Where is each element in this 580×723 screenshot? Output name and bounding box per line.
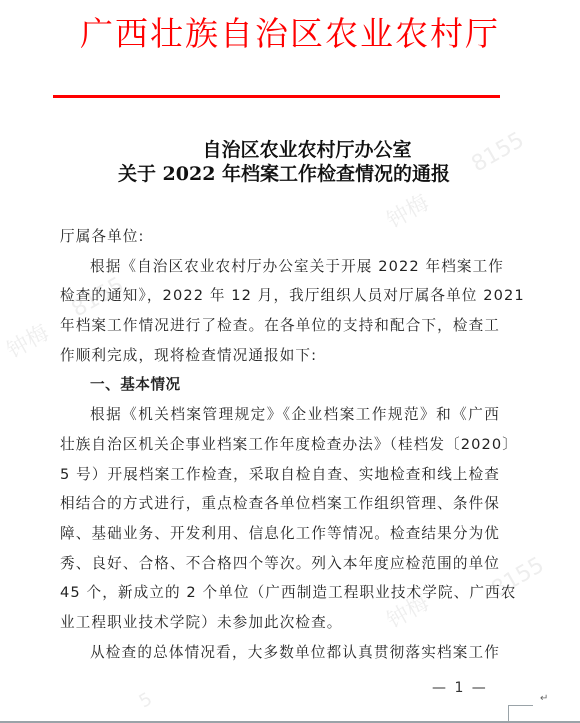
document-title-line1: 自治区农业农村厅办公室 [17,137,580,163]
document-body: 厅属各单位: 根据《自治区农业农村厅办公室关于开展 2022 年档案工作 检查的… [60,222,500,667]
paragraph-line: 秀、良好、合格、不合格四个等次。列入本年度应检范围的单位 [60,549,500,579]
paragraph-line: 障、基础业务、开发利用、信息化工作等情况。检查结果分为优 [60,519,500,549]
salutation: 厅属各单位: [60,222,500,252]
paragraph-line: 5 号）开展档案工作检查，采取自检自查、实地检查和线上检查 [60,460,500,490]
page-number: — 1 — [432,680,488,696]
watermark: 5 [136,689,156,713]
section-heading: 一、基本情况 [60,370,500,400]
paragraph-line: 检查的通知》，2022 年 12 月，我厅组织人员对厅属各单位 2021 [60,281,500,311]
masthead-divider [53,95,500,98]
paragraph-line: 根据《自治区农业农村厅办公室关于开展 2022 年档案工作 [60,252,500,282]
paragraph-line: 从检查的总体情况看，大多数单位都认真贯彻落实档案工作 [60,638,500,668]
watermark: 钟梅 [0,316,54,365]
paragraph-line: 年档案工作情况进行了检查。在各单位的支持和配合下，检查工 [60,311,500,341]
masthead-title: 广西壮族自治区农业农村厅 [0,14,580,54]
document-page: 8155 钟梅 8155 钟梅 8155 钟梅 5 广西壮族自治区农业农村厅 自… [0,0,580,723]
document-title-line2: 关于 2022 年档案工作检查情况的通报 [0,161,574,187]
paragraph-return-icon: ↵ [540,693,548,704]
paragraph-line: 45 个，新成立的 2 个单位（广西制造工程职业技术学院、广西农 [60,578,500,608]
paragraph-line: 壮族自治区机关企事业档案工作年度检查办法》（桂档发〔2020〕 [60,430,500,460]
paragraph-line: 业工程职业技术学院）未参加此次检查。 [60,608,500,638]
page-corner-mark [508,705,533,722]
paragraph-line: 相结合的方式进行，重点检查各单位档案工作组织管理、条件保 [60,489,500,519]
paragraph-line: 作顺利完成，现将检查情况通报如下: [60,341,500,371]
paragraph-line: 根据《机关档案管理规定》《企业档案工作规范》和《广西 [60,400,500,430]
